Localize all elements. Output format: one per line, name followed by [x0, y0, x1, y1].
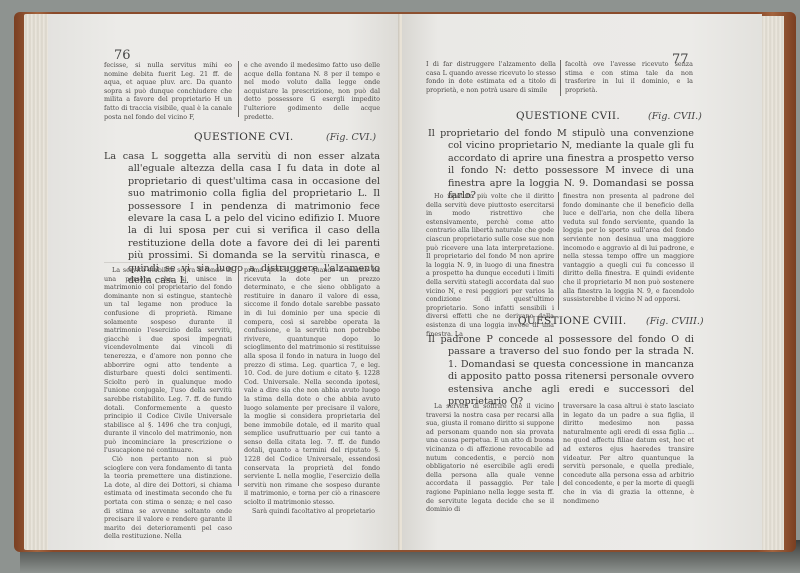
paragraph: Ciò non pertanto non si può scioglere co…	[104, 455, 232, 541]
answer-column-left: La servitù stabilita sopra il fondo di u…	[104, 266, 232, 541]
paragraph: e che avendo il medesimo fatto uso delle…	[244, 61, 380, 121]
continuation-column-left: I di far distruggere l'alzamento della c…	[426, 60, 556, 94]
figure-reference: (Fig. CVIII.)	[646, 316, 704, 327]
answer-column-right: prima ipotesi, cioè quando il marito ha …	[244, 266, 380, 515]
question-title: QUESTIONE CVI.	[194, 131, 294, 143]
column-divider	[558, 192, 559, 310]
paragraph: Sarà quindi facoltativo al proprietario	[244, 507, 380, 516]
page-stack-right	[760, 16, 784, 550]
paragraph: I di far distruggere l'alzamento della c…	[426, 60, 556, 94]
column-divider	[560, 60, 561, 96]
question-title: QUESTIONE CVIII.	[518, 315, 626, 327]
continuation-column-right: e che avendo il medesimo fatto uso delle…	[244, 61, 380, 121]
figure-reference: (Fig. CVI.)	[326, 132, 376, 143]
question-statement: Il padrone P concede al possessore del f…	[428, 334, 694, 408]
answer-column-right: finestra non presenta al padrone del fon…	[563, 192, 694, 304]
figure-reference: (Fig. CVII.)	[648, 111, 702, 122]
answer-column-right: traversare la casa altrui è stato lascia…	[563, 402, 694, 505]
right-page: 77 I di far distruggere l'alzamento dell…	[402, 14, 762, 550]
continuation-column-left: fecisse, si nulla servitus mihi eo nomin…	[104, 61, 232, 121]
paragraph: traversare la casa altrui è stato lascia…	[563, 402, 694, 505]
left-page: 76 fecisse, si nulla servitus mihi eo no…	[48, 14, 400, 550]
question-title: QUESTIONE CVII.	[516, 110, 620, 122]
paragraph: facoltà ove l'avesse ricevuto senza stim…	[565, 60, 693, 94]
continuation-column-right: facoltà ove l'avesse ricevuto senza stim…	[565, 60, 693, 94]
column-divider	[558, 402, 559, 486]
paragraph: prima ipotesi, cioè quando il marito ha …	[244, 266, 380, 507]
column-divider	[238, 61, 239, 117]
column-divider	[238, 266, 239, 486]
answer-column-left: La servitù di soffrire che il vicino tra…	[426, 402, 554, 514]
paragraph: fecisse, si nulla servitus mihi eo nomin…	[104, 61, 232, 121]
paragraph: La servitù stabilita sopra il fondo di u…	[104, 266, 232, 455]
divider	[104, 262, 380, 263]
paragraph: La servitù di soffrire che il vicino tra…	[426, 402, 554, 514]
paragraph: finestra non presenta al padrone del fon…	[563, 192, 694, 304]
statement-text: Il padrone P concede al possessore del f…	[428, 334, 694, 408]
